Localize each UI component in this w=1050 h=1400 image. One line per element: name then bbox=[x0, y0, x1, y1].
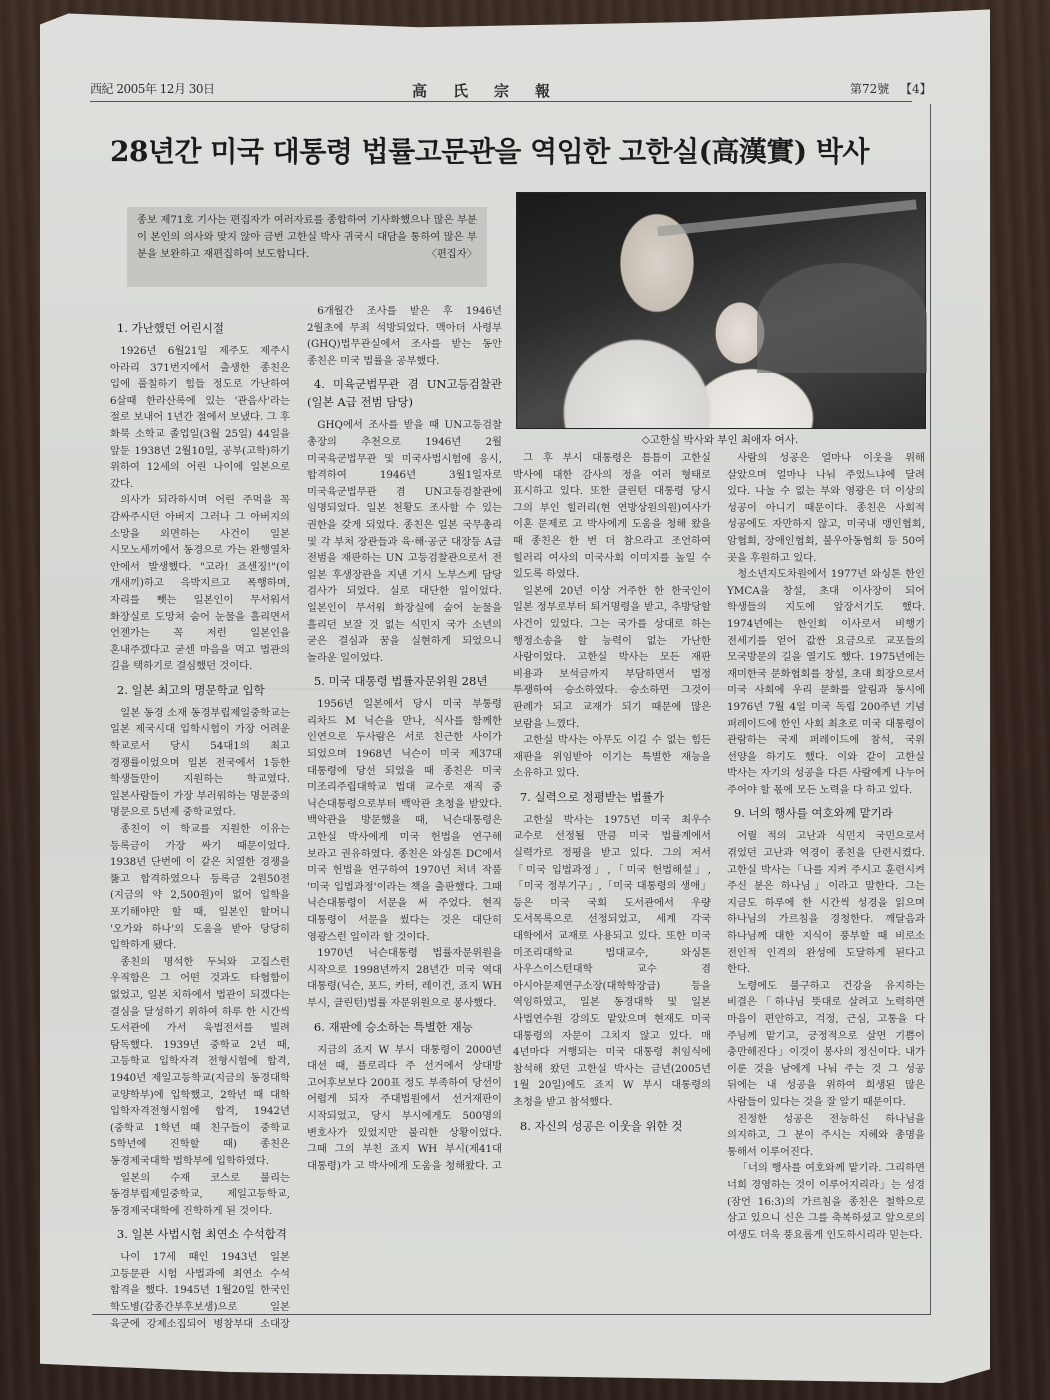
section-heading: 3. 일본 사법시험 최연소 수석합격 bbox=[110, 1225, 290, 1243]
paragraph: 고한실 박사는 1975년 미국 최우수 교수로 선정될 만큼 미국 법률계에서… bbox=[513, 812, 711, 1111]
paragraph: 종친의 명석한 두뇌와 고집스런 우직함은 그 어떤 것과도 타협함이 없었고,… bbox=[110, 954, 290, 1170]
paragraph: 일본의 수재 코스로 불리는 동경부립제일중학교, 제일고등학교, 동경제국대학… bbox=[110, 1170, 290, 1220]
photo-background-beam bbox=[657, 199, 917, 236]
section-heading: 2. 일본 최고의 명문학교 입학 bbox=[110, 681, 290, 699]
section-heading: 7. 실력으로 정평받는 법률가 bbox=[513, 788, 711, 806]
paragraph: 노령에도 불구하고 건강을 유지하는 비결은「하나님 뜻대로 살려고 노력하면 … bbox=[727, 978, 925, 1111]
paragraph: 어릴 적의 고난과 식민지 국민으로서 겪었던 고난과 역경이 종친을 단련시켰… bbox=[727, 828, 925, 977]
section-heading: 8. 자신의 성공은 이웃을 위한 것 bbox=[513, 1117, 711, 1135]
issue-number: 第72號 bbox=[850, 80, 889, 97]
paper-name: 高氏宗報 bbox=[412, 80, 576, 101]
section-heading: 9. 너의 행사를 여호와께 맡기라 bbox=[727, 804, 925, 822]
paragraph: 1956년 일본에서 당시 미국 부통령 리차드 M 닉슨을 만나, 식사를 함… bbox=[307, 696, 502, 945]
paragraph: 1970년 닉슨대통령 법률자문위원을 시작으로 1998년까지 28년간 미국… bbox=[307, 945, 502, 1011]
column-2: 6개월간 조사를 받은 후 1946년 2월초에 무죄 석방되었다. 맥아더 사… bbox=[307, 303, 502, 1175]
issue-date: 西紀 2005年 12月 30日 bbox=[90, 80, 215, 97]
section-heading: 5. 미국 대통령 법률자문위원 28년 bbox=[307, 672, 502, 690]
paragraph: 나이 17세 때인 1943년 일본 고등문관 시험 사법과에 최연소 수석 합… bbox=[110, 1249, 290, 1332]
paragraph: 사람의 성공은 얼마나 이웃을 위해 살았으며 얼마나 나눠 주었느냐에 달려 … bbox=[727, 450, 925, 566]
masthead-rule bbox=[90, 101, 912, 102]
paragraph: 종친이 이 학교를 지원한 이유는 등록금이 가장 싸기 때문이었다. 1938… bbox=[110, 821, 290, 954]
paragraph: 일본에 20년 이상 거주한 한 한국인이 일본 정부로부터 퇴거명령을 받고,… bbox=[513, 583, 711, 732]
masthead: 西紀 2005年 12月 30日 高氏宗報 第72號 【4】 bbox=[90, 78, 910, 98]
paragraph: 「너의 행사를 여호와께 맡기라. 그리하면 너희 경영하는 것이 이루어지리라… bbox=[727, 1160, 925, 1243]
paragraph: 1926년 6월21일 제주도 제주시 아라리 371번지에서 출생한 종친은 … bbox=[110, 343, 290, 492]
paragraph: 그 후 부시 대통령은 틈틈이 고한실 박사에 대한 감사의 정을 여러 형태로… bbox=[513, 450, 711, 583]
section-heading: 6. 재판에 승소하는 특별한 재능 bbox=[307, 1018, 502, 1036]
paragraph: 일본 동경 소재 동경부립제일중학교는 일본 제국시대 입학시험이 가장 어려운… bbox=[110, 705, 290, 821]
article-headline: 28년간 미국 대통령 법률고문관을 역임한 고한실(高漢實) 박사 bbox=[110, 130, 920, 170]
photo-couple bbox=[516, 192, 926, 429]
section-heading: 1. 가난했던 어린시절 bbox=[110, 319, 290, 337]
column-1: 1. 가난했던 어린시절 1926년 6월21일 제주도 제주시 아라리 371… bbox=[110, 313, 290, 1332]
photo-caption: ◇고한실 박사와 부인 최애자 여사. bbox=[516, 432, 924, 447]
section-heading: 4. 미육군법무관 겸 UN고등검찰관(일본 A급 전범 담당) bbox=[307, 375, 502, 411]
editor-note-box: 종보 제71호 기사는 편집자가 여러자료를 종합하여 기사화했으나 많은 부분… bbox=[127, 207, 487, 287]
paragraph: GHQ에서 조사를 받을 때 UN고등검찰 총장의 추천으로 1946년 2월 … bbox=[307, 417, 502, 666]
paragraph: 진정한 성공은 전능하신 하나님을 의지하고, 그 분이 주시는 지혜와 총명을… bbox=[727, 1111, 925, 1161]
paragraph: 의사가 되라하시며 어린 주먹을 꼭 감싸주시던 아버지 그러나 그 아버지의 … bbox=[110, 492, 290, 675]
column-4: 사람의 성공은 얼마나 이웃을 위해 살았으며 얼마나 나눠 주었느냐에 달려 … bbox=[727, 450, 925, 1243]
page-number: 【4】 bbox=[900, 80, 932, 97]
paragraph: 고한실 박사는 아무도 이길 수 없는 힘든 재판을 위임받아 이기는 특별한 … bbox=[513, 732, 711, 782]
paragraph: 청소년지도차원에서 1977년 와싱톤 한인 YMCA을 창설, 초대 이사장이… bbox=[727, 566, 925, 798]
column-3: 그 후 부시 대통령은 틈틈이 고한실 박사에 대한 감사의 정을 여러 형태로… bbox=[513, 450, 711, 1141]
paragraph: 지금의 죠지 W 부시 대통령이 2000년 대선 때, 플로리다 주 선거에서… bbox=[307, 1042, 502, 1175]
paragraph: 6개월간 조사를 받은 후 1946년 2월초에 무죄 석방되었다. 맥아더 사… bbox=[307, 303, 502, 369]
photo-background-arch bbox=[757, 263, 927, 373]
